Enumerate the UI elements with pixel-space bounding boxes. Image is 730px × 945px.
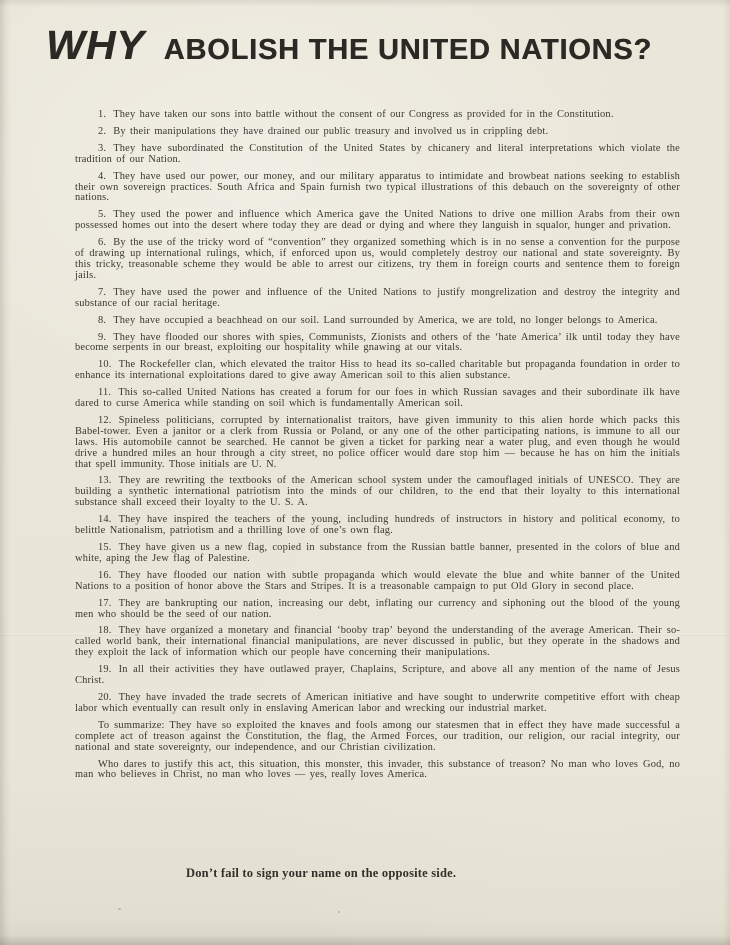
paragraph: 2.By their manipulations they have drain… — [75, 127, 680, 138]
paragraph-number: 1. — [98, 109, 106, 120]
paragraph-text: They have occupied a beachhead on our so… — [113, 315, 657, 326]
paragraph-text: They are rewriting the textbooks of the … — [75, 475, 680, 508]
paragraph-number: 3. — [98, 143, 106, 154]
paragraph-number: 6. — [98, 237, 106, 248]
paragraph-number: 17. — [98, 598, 112, 609]
paragraph-number: 9. — [98, 332, 106, 343]
paragraph: 11.This so-called United Nations has cre… — [75, 388, 680, 410]
summary-paragraph: To summarize: They have so exploited the… — [75, 721, 680, 754]
paper-speck — [338, 911, 340, 913]
paragraph: 6.By the use of the tricky word of “conv… — [75, 238, 680, 282]
paragraph-text: They have organized a monetary and finan… — [75, 625, 680, 658]
paragraph-text: They have invaded the trade secrets of A… — [75, 692, 680, 714]
paragraph: 4.They have used our power, our money, a… — [75, 172, 680, 205]
paragraph: 1.They have taken our sons into battle w… — [75, 110, 680, 121]
paragraph-number: 19. — [98, 664, 112, 675]
page-title: WHY ABOLISH THE UNITED NATIONS? — [46, 22, 696, 69]
flyer-page: WHY ABOLISH THE UNITED NATIONS? 1.They h… — [0, 0, 730, 945]
closing-paragraph: Who dares to justify this act, this situ… — [75, 760, 680, 782]
paragraph-number: 13. — [98, 475, 112, 486]
paragraph-text: They have used our power, our money, and… — [75, 171, 680, 204]
paragraph: 7.They have used the power and influence… — [75, 288, 680, 310]
paragraph: 5.They used the power and influence whic… — [75, 210, 680, 232]
paragraph: 17.They are bankrupting our nation, incr… — [75, 599, 680, 621]
paragraph-text: They have subordinated the Constitution … — [75, 143, 680, 165]
paragraph-text: This so-called United Nations has create… — [75, 387, 680, 409]
paragraph-number: 4. — [98, 171, 106, 182]
paragraph-number: 8. — [98, 315, 106, 326]
paragraph-text: Spineless politicians, corrupted by inte… — [75, 415, 680, 470]
paragraph-number: 14. — [98, 514, 112, 525]
paragraph: 14.They have inspired the teachers of th… — [75, 515, 680, 537]
paper-edge-shadow-top — [0, 0, 730, 7]
paragraph-text: To summarize: They have so exploited the… — [75, 720, 680, 753]
paragraph: 8.They have occupied a beachhead on our … — [75, 316, 680, 327]
body-text: 1.They have taken our sons into battle w… — [75, 110, 680, 787]
paragraph: 3.They have subordinated the Constitutio… — [75, 144, 680, 166]
paragraph-text: The Rockefeller clan, which elevated the… — [75, 359, 680, 381]
paragraph-text: In all their activities they have outlaw… — [75, 664, 680, 686]
paragraph-text: By their manipulations they have drained… — [113, 126, 548, 137]
paragraph: 19.In all their activities they have out… — [75, 665, 680, 687]
paragraph-number: 20. — [98, 692, 112, 703]
paper-edge-shadow-right — [723, 0, 730, 945]
paragraph: 15.They have given us a new flag, copied… — [75, 543, 680, 565]
paragraph: 10.The Rockefeller clan, which elevated … — [75, 360, 680, 382]
paragraph-text: They have inspired the teachers of the y… — [75, 514, 680, 536]
paragraph-text: They used the power and influence which … — [75, 209, 680, 231]
title-main: ABOLISH THE UNITED NATIONS? — [164, 34, 652, 67]
paper-speck — [118, 908, 121, 910]
paragraph-text: They have used the power and influence o… — [75, 287, 680, 309]
paragraph-number: 5. — [98, 209, 106, 220]
paragraph: 20.They have invaded the trade secrets o… — [75, 693, 680, 715]
paragraph-text: They are bankrupting our nation, increas… — [75, 598, 680, 620]
paragraph-number: 18. — [98, 625, 112, 636]
paragraph: 18.They have organized a monetary and fi… — [75, 626, 680, 659]
paragraph: 16.They have flooded our nation with sub… — [75, 571, 680, 593]
paragraph-number: 16. — [98, 570, 112, 581]
paragraph-number: 7. — [98, 287, 106, 298]
paragraph-text: By the use of the tricky word of “conven… — [75, 237, 680, 281]
paragraph-number: 11. — [98, 387, 111, 398]
paper-edge-shadow-bottom — [0, 935, 730, 945]
paragraph: 9.They have flooded our shores with spie… — [75, 333, 680, 355]
paragraph: 12.Spineless politicians, corrupted by i… — [75, 416, 680, 471]
paragraph-text: They have flooded our shores with spies,… — [75, 332, 680, 354]
paper-edge-shadow-left — [0, 0, 11, 945]
paragraph-text: They have taken our sons into battle wit… — [113, 109, 613, 120]
paragraph-text: They have given us a new flag, copied in… — [75, 542, 680, 564]
title-emphasis: WHY — [46, 22, 145, 69]
paragraph-number: 12. — [98, 415, 112, 426]
signature-instruction: Don’t fail to sign your name on the oppo… — [186, 866, 456, 881]
paragraph-text: They have flooded our nation with subtle… — [75, 570, 680, 592]
paragraph-number: 2. — [98, 126, 106, 137]
paragraph-number: 10. — [98, 359, 112, 370]
paragraph-text: Who dares to justify this act, this situ… — [75, 759, 680, 781]
paragraph: 13.They are rewriting the textbooks of t… — [75, 476, 680, 509]
paragraph-number: 15. — [98, 542, 112, 553]
